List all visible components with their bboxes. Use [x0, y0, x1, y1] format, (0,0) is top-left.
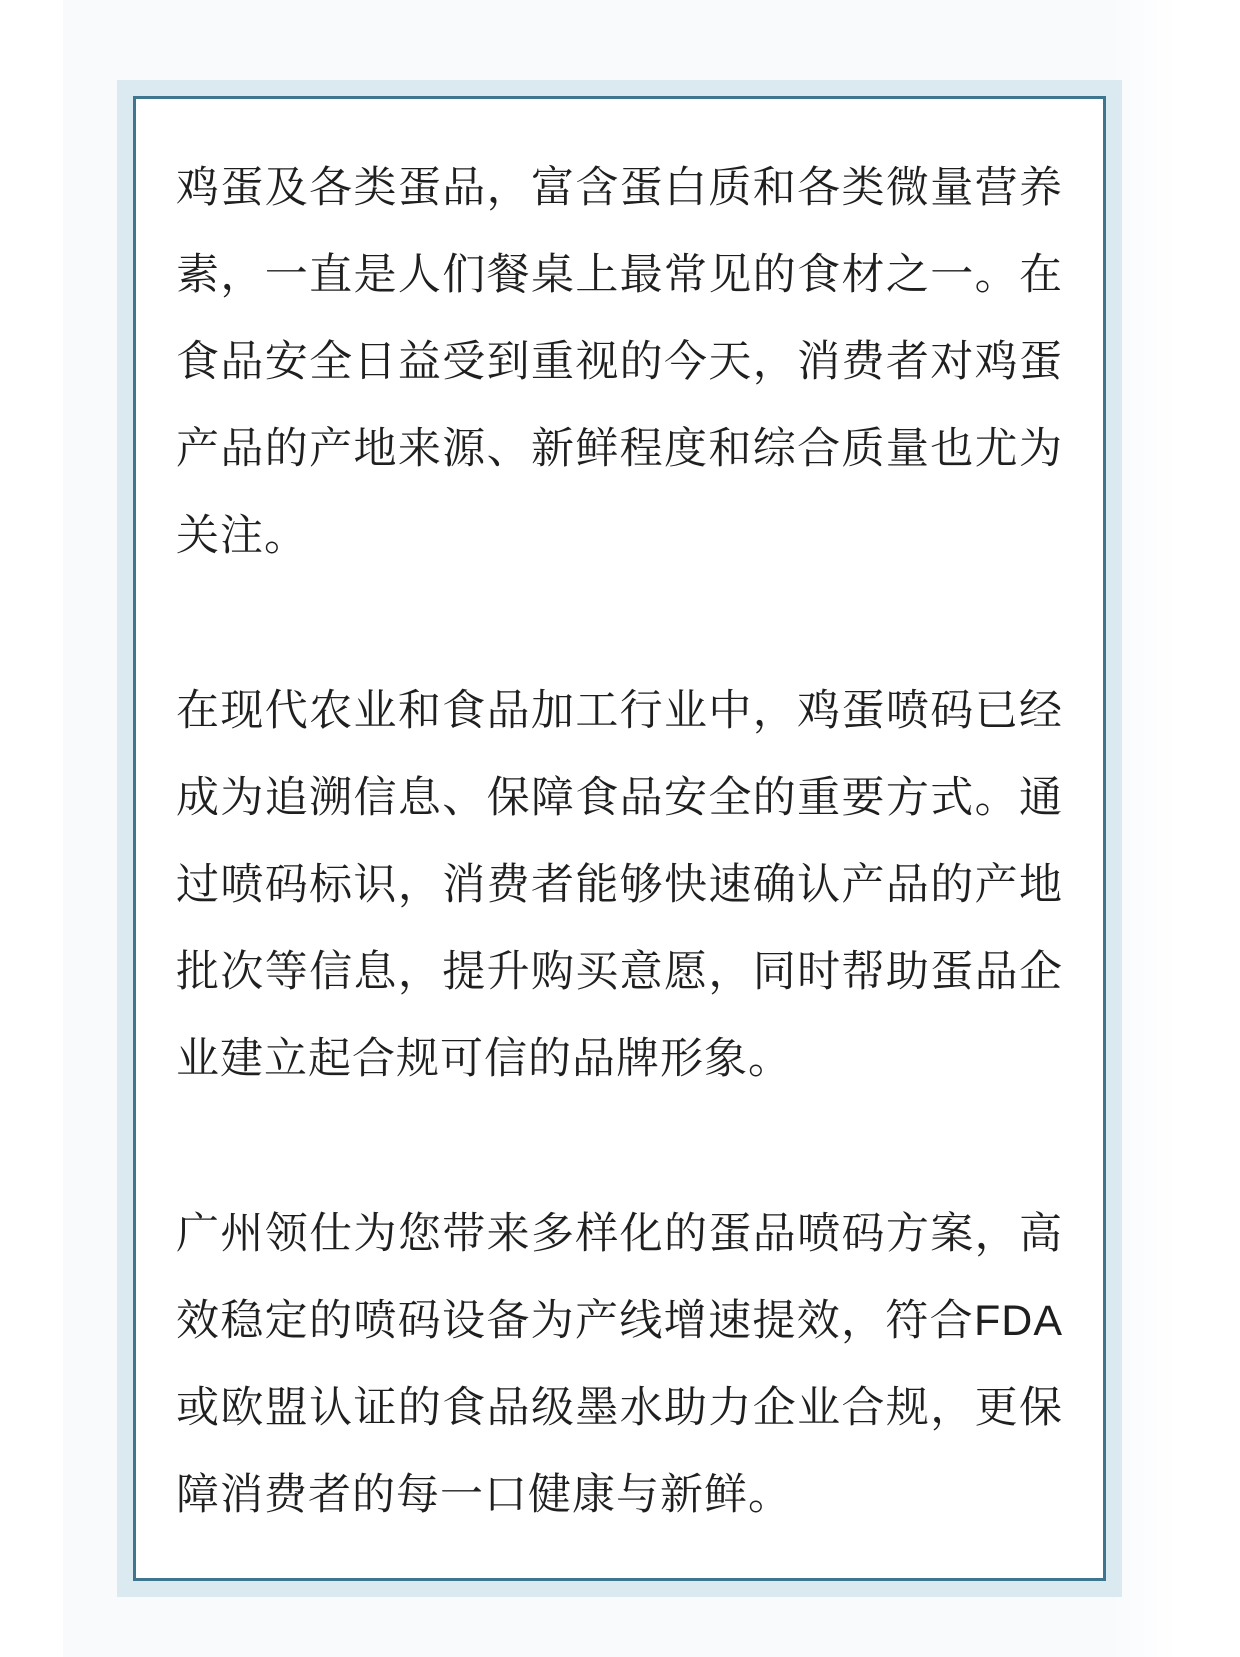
article-panel: 鸡蛋及各类蛋品，富含蛋白质和各类微量营养素，一直是人们餐桌上最常见的食材之一。在…	[117, 80, 1122, 1597]
paragraph-egg-intro: 鸡蛋及各类蛋品，富含蛋白质和各类微量营养素，一直是人们餐桌上最常见的食材之一。在…	[176, 145, 1063, 580]
paragraph-lingshi-solution: 广州领仕为您带来多样化的蛋品喷码方案，高效稳定的喷码设备为产线增速提效，符合FD…	[176, 1191, 1063, 1539]
article-card: 鸡蛋及各类蛋品，富含蛋白质和各类微量营养素，一直是人们餐桌上最常见的食材之一。在…	[133, 96, 1106, 1581]
paragraph-coding-importance: 在现代农业和食品加工行业中，鸡蛋喷码已经成为追溯信息、保障食品安全的重要方式。通…	[176, 668, 1063, 1103]
